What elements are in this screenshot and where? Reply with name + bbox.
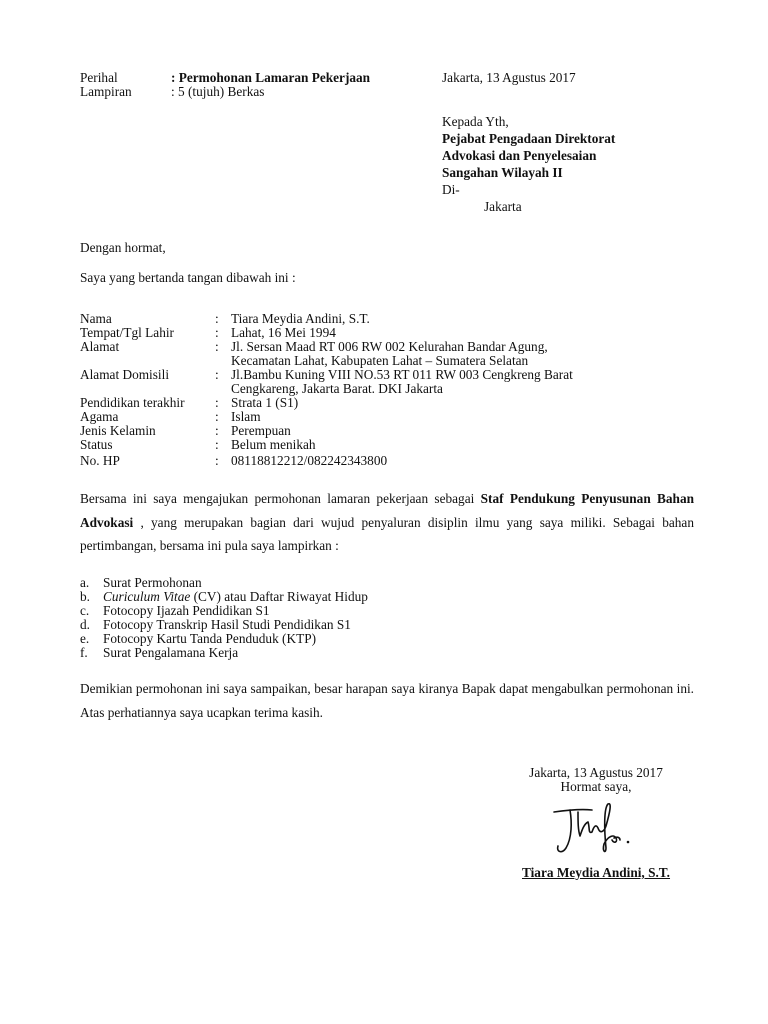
recipient-line-3: Sangahan Wilayah II: [442, 164, 563, 182]
identity-value-continued: Cengkareng, Jakarta Barat. DKI Jakarta: [231, 382, 443, 396]
identity-label: Status: [80, 438, 113, 452]
lampiran-label: Lampiran: [80, 84, 132, 99]
attachment-letter: a.: [80, 576, 89, 590]
identity-label: Pendidikan terakhir: [80, 396, 185, 410]
attachment-text: Fotocopy Ijazah Pendidikan S1: [103, 604, 270, 618]
body-paragraph: Bersama ini saya mengajukan permohonan l…: [80, 487, 694, 558]
identity-colon: :: [215, 424, 219, 438]
recipient-di: Di-: [442, 181, 460, 199]
closing-paragraph: Demikian permohonan ini saya sampaikan, …: [80, 677, 694, 724]
attachment-letter: c.: [80, 604, 89, 618]
recipient-city: Jakarta: [484, 198, 522, 216]
identity-value: Tiara Meydia Andini, S.T.: [231, 312, 370, 326]
attachment-letter: b.: [80, 590, 90, 604]
body-text-1: Bersama ini saya mengajukan permohonan l…: [80, 491, 481, 506]
closing-regards: Hormat saya,: [500, 780, 692, 794]
intro-text: Saya yang bertanda tangan dibawah ini :: [80, 270, 296, 285]
recipient-greeting: Kepada Yth,: [442, 113, 509, 131]
identity-colon: :: [215, 438, 219, 452]
body-text-2: , yang merupakan bagian dari wujud penya…: [80, 515, 694, 554]
attachment-text: Surat Pengalamana Kerja: [103, 646, 238, 660]
lampiran-value: : 5 (tujuh) Berkas: [171, 84, 264, 99]
identity-value-continued: Kecamatan Lahat, Kabupaten Lahat – Sumat…: [231, 354, 528, 368]
attachment-label: Fotocopy Transkrip Hasil Studi Pendidika…: [103, 617, 351, 632]
attachment-label: Surat Pengalamana Kerja: [103, 645, 238, 660]
signer-name: Tiara Meydia Andini, S.T.: [500, 866, 692, 880]
recipient-line-2: Advokasi dan Penyelesaian: [442, 147, 596, 165]
identity-value: Perempuan: [231, 424, 291, 438]
identity-label: Nama: [80, 312, 112, 326]
letter-date: Jakarta, 13 Agustus 2017: [442, 70, 576, 85]
identity-colon: :: [215, 396, 219, 410]
identity-value: Jl.Bambu Kuning VIII NO.53 RT 011 RW 003…: [231, 368, 573, 382]
identity-label: Tempat/Tgl Lahir: [80, 326, 174, 340]
attachment-letter: e.: [80, 632, 89, 646]
perihal-label: Perihal: [80, 70, 118, 85]
signer-name-text: Tiara Meydia Andini, S.T.: [522, 865, 670, 880]
identity-value: Belum menikah: [231, 438, 316, 452]
identity-label: Agama: [80, 410, 118, 424]
recipient-line-1: Pejabat Pengadaan Direktorat: [442, 130, 615, 148]
attachment-label: Fotocopy Ijazah Pendidikan S1: [103, 603, 270, 618]
identity-colon: :: [215, 340, 219, 354]
identity-value: Jl. Sersan Maad RT 006 RW 002 Kelurahan …: [231, 340, 548, 354]
attachment-text: Surat Permohonan: [103, 576, 202, 590]
attachment-label: Fotocopy Kartu Tanda Penduduk (KTP): [103, 631, 316, 646]
attachment-letter: f.: [80, 646, 88, 660]
closing-date: Jakarta, 13 Agustus 2017: [500, 766, 692, 780]
attachment-text: Curiculum Vitae (CV) atau Daftar Riwayat…: [103, 590, 368, 604]
identity-label: Jenis Kelamin: [80, 424, 156, 438]
attachment-text: Fotocopy Transkrip Hasil Studi Pendidika…: [103, 618, 351, 632]
identity-colon: :: [215, 326, 219, 340]
identity-colon: :: [215, 368, 219, 382]
identity-colon: :: [215, 312, 219, 326]
identity-label: Alamat Domisili: [80, 368, 169, 382]
identity-colon: :: [215, 410, 219, 424]
identity-label: No. HP: [80, 454, 120, 468]
attachment-italic-text: Curiculum Vitae: [103, 589, 190, 604]
perihal-value: : Permohonan Lamaran Pekerjaan: [171, 70, 370, 85]
identity-value: Islam: [231, 410, 261, 424]
signature-image: [548, 798, 638, 858]
salutation: Dengan hormat,: [80, 240, 166, 255]
attachment-text: Fotocopy Kartu Tanda Penduduk (KTP): [103, 632, 316, 646]
attachment-letter: d.: [80, 618, 90, 632]
identity-colon: :: [215, 454, 219, 468]
identity-value: Strata 1 (S1): [231, 396, 298, 410]
identity-value: Lahat, 16 Mei 1994: [231, 326, 336, 340]
identity-label: Alamat: [80, 340, 119, 354]
attachment-label: (CV) atau Daftar Riwayat Hidup: [190, 589, 368, 604]
identity-value: 08118812212/082242343800: [231, 454, 387, 468]
attachment-label: Surat Permohonan: [103, 575, 202, 590]
